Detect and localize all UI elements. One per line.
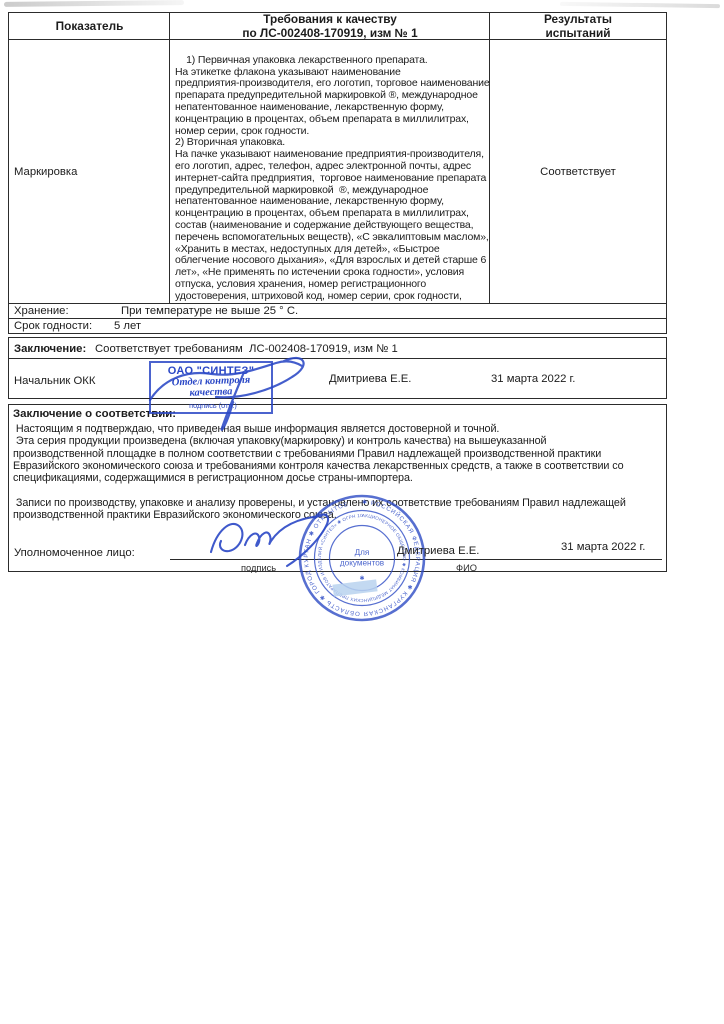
marking-requirements-cell: 1) Первичная упаковка лекарственного пре… bbox=[169, 39, 491, 305]
authorized-signature bbox=[203, 510, 343, 568]
marking-requirements-text: 1) Первичная упаковка лекарственного пре… bbox=[175, 54, 491, 305]
marking-indicator-label: Маркировка bbox=[14, 166, 77, 178]
authorized-person-label: Уполномоченное лицо: bbox=[14, 547, 135, 559]
shelf-life-label: Срок годности: bbox=[14, 320, 92, 332]
shelf-life-row: Срок годности: 5 лет bbox=[8, 318, 667, 334]
header-requirements-cell: Требования к качеству по ЛС-002408-17091… bbox=[169, 12, 491, 41]
header-indicator-cell: Показатель bbox=[8, 12, 171, 41]
header-results-line2: испытаний bbox=[544, 27, 612, 41]
conclusion-label: Заключение: bbox=[14, 343, 86, 355]
scan-artifact bbox=[4, 0, 184, 7]
round-stamp-center-line1: Для bbox=[355, 548, 370, 557]
qc-head-label: Начальник ОКК bbox=[14, 375, 95, 387]
storage-value: При температуре не выше 25 ° С. bbox=[121, 305, 298, 317]
name-caption: ФИО bbox=[456, 563, 477, 573]
conclusion-row: Заключение: Соответствует требованиям ЛС… bbox=[8, 337, 667, 360]
round-stamp-center-line2: документов bbox=[340, 559, 384, 568]
header-requirements-line1: Требования к качеству bbox=[242, 13, 417, 27]
header-results-line1: Результаты bbox=[544, 13, 612, 27]
qc-head-date: 31 марта 2022 г. bbox=[491, 373, 575, 385]
certificate-page: Показатель Требования к качеству по ЛС-0… bbox=[0, 0, 724, 1024]
qc-head-row: Начальник ОКК Дмитриева Е.Е. 31 марта 20… bbox=[8, 358, 667, 399]
header-requirements-line2: по ЛС-002408-170919, изм № 1 bbox=[242, 27, 417, 41]
shelf-life-value: 5 лет bbox=[114, 320, 141, 332]
marking-result-cell: Соответствует bbox=[489, 39, 667, 305]
qc-head-name: Дмитриева Е.Е. bbox=[329, 373, 411, 385]
header-indicator-label: Показатель bbox=[56, 20, 124, 34]
header-results-cell: Результаты испытаний bbox=[489, 12, 667, 41]
authorized-person-name: Дмитриева Е.Е. bbox=[397, 545, 479, 557]
authorized-person-date: 31 марта 2022 г. bbox=[561, 541, 645, 553]
scan-artifact bbox=[560, 2, 720, 8]
marking-result-text: Соответствует bbox=[540, 166, 616, 178]
marking-indicator-cell: Маркировка bbox=[8, 39, 171, 305]
storage-label: Хранение: bbox=[14, 305, 69, 317]
qc-head-signature bbox=[132, 350, 322, 438]
